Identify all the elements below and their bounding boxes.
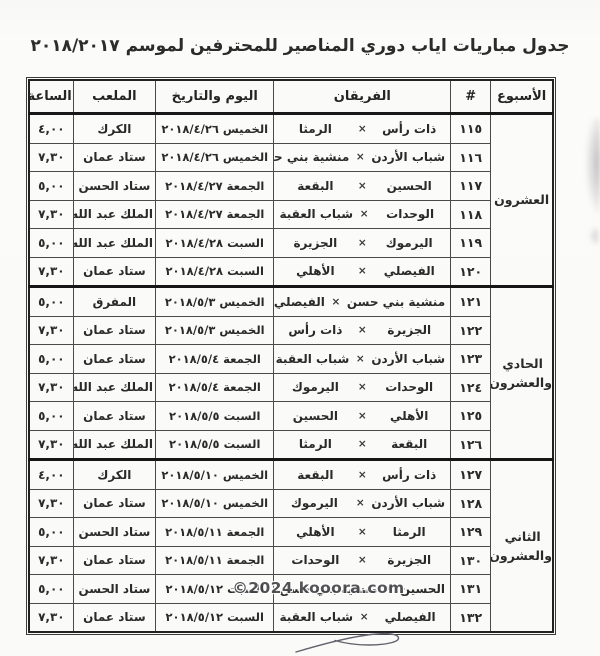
teams-cell: الحسين×البقعة <box>274 172 451 201</box>
team-first: شباب الأردن <box>371 496 445 510</box>
team-first: الوحدات <box>375 207 445 221</box>
page-title: جدول مباريات اياب دوري المناصير للمحترفي… <box>0 36 600 56</box>
match-time: ٧,٣٠ <box>29 200 73 229</box>
team-first: الفيصلي <box>375 610 445 624</box>
match-stadium: المفرق <box>73 287 155 317</box>
match-stadium: ستاد الحسن <box>73 518 155 547</box>
vs-mark: × <box>353 208 375 220</box>
team-first: الوحدات <box>373 380 445 394</box>
match-row: ١٢٤الوحدات×اليرموكالجمعة ٢٠١٨/٥/٤الملك ع… <box>29 373 553 402</box>
match-stadium: ستاد عمان <box>73 546 155 575</box>
teams-cell: الأهلي×الحسين <box>274 402 451 431</box>
team-first: الجزيرة <box>373 553 445 567</box>
match-row: الثاني والعشرون١٢٧ذات رأس×البقعةالخميس ٢… <box>29 460 553 490</box>
teams-cell: البقعة×الرمثا <box>274 430 451 460</box>
col-header-date: اليوم والتاريخ <box>156 80 274 114</box>
team-second: الحسين <box>279 409 351 423</box>
week-label: العشرون <box>491 114 553 287</box>
vs-mark: × <box>349 151 371 163</box>
vs-mark: × <box>351 554 373 566</box>
team-second: شباب العقبة <box>279 207 353 221</box>
match-stadium: ستاد عمان <box>73 345 155 374</box>
teams-layout: الحسين×البقعة <box>279 179 445 193</box>
match-row: ١٢٣شباب الأردن×شباب العقبةالجمعة ٢٠١٨/٥/… <box>29 345 553 374</box>
teams-cell: الفيصلي×الأهلي <box>274 257 451 287</box>
vs-mark: × <box>353 611 375 623</box>
match-number: ١٣٠ <box>451 546 491 575</box>
match-time: ٧,٣٠ <box>29 373 73 402</box>
match-date: الخميس ٢٠١٨/٥/١٠ <box>156 460 274 490</box>
match-number: ١١٥ <box>451 114 491 144</box>
match-row: العشرون١١٥ذات رأس×الرمثاالخميس ٢٠١٨/٤/٢٦… <box>29 114 553 144</box>
vs-mark: × <box>351 469 373 481</box>
teams-layout: الوحدات×شباب العقبة <box>279 207 445 221</box>
teams-layout: شباب الأردن×اليرموك <box>279 496 445 510</box>
match-date: السبت ٢٠١٨/٤/٢٨ <box>156 257 274 287</box>
team-second: شباب العقبة <box>279 610 353 624</box>
scan-artifact <box>588 225 598 247</box>
teams-layout: الفيصلي×شباب العقبة <box>279 610 445 624</box>
match-time: ٤,٠٠ <box>29 114 73 144</box>
match-stadium: ستاد عمان <box>73 143 155 172</box>
match-time: ٧,٣٠ <box>29 316 73 345</box>
match-date: الخميس ٢٠١٨/٤/٢٦ <box>156 114 274 144</box>
match-date: الجمعة ٢٠١٨/٤/٢٧ <box>156 200 274 229</box>
week-label: الحادي والعشرون <box>491 287 553 460</box>
match-row: ١٢٥الأهلي×الحسينالسبت ٢٠١٨/٥/٥ستاد عمان٥… <box>29 402 553 431</box>
match-row: ١١٩اليرموك×الجزيرةالسبت ٢٠١٨/٤/٢٨الملك ع… <box>29 229 553 258</box>
match-number: ١١٦ <box>451 143 491 172</box>
teams-cell: شباب الأردن×شباب العقبة <box>274 345 451 374</box>
team-first: الأهلي <box>373 409 445 423</box>
vs-mark: × <box>349 353 371 365</box>
match-stadium: ستاد عمان <box>73 402 155 431</box>
match-time: ٧,٣٠ <box>29 143 73 172</box>
team-first: الجزيرة <box>373 323 445 337</box>
match-date: الجمعة ٢٠١٨/٥/٤ <box>156 345 274 374</box>
match-number: ١٣١ <box>451 575 491 604</box>
match-date: السبت ٢٠١٨/٥/٥ <box>156 402 274 431</box>
match-stadium: الكرك <box>73 114 155 144</box>
match-row: ١١٧الحسين×البقعةالجمعة ٢٠١٨/٤/٢٧ستاد الح… <box>29 172 553 201</box>
teams-cell: الرمثا×الأهلي <box>274 518 451 547</box>
teams-cell: شباب الأردن×اليرموك <box>274 489 451 518</box>
match-stadium: الكرك <box>73 460 155 490</box>
teams-layout: ذات رأس×البقعة <box>279 468 445 482</box>
match-date: السبت ٢٠١٨/٤/٢٨ <box>156 229 274 258</box>
team-first: ذات رأس <box>373 122 445 136</box>
match-row: ١٣٠الجزيرة×الوحداتالجمعة ٢٠١٨/٥/١١ستاد ع… <box>29 546 553 575</box>
match-time: ٥,٠٠ <box>29 345 73 374</box>
team-first: شباب الأردن <box>371 352 445 366</box>
match-date: الخميس ٢٠١٨/٥/٣ <box>156 287 274 317</box>
teams-layout: الجزيرة×ذات رأس <box>279 323 445 337</box>
match-number: ١٢٦ <box>451 430 491 460</box>
teams-layout: الوحدات×اليرموك <box>279 380 445 394</box>
team-second: الجزيرة <box>279 236 351 250</box>
teams-layout: شباب الأردن×منشية بني حسن <box>279 150 445 164</box>
match-time: ٥,٠٠ <box>29 575 73 604</box>
schedule-table: الأسبوع # الفريقان اليوم والتاريخ الملعب… <box>26 77 556 635</box>
match-time: ٧,٣٠ <box>29 603 73 632</box>
match-stadium: ستاد الحسن <box>73 575 155 604</box>
match-time: ٧,٣٠ <box>29 546 73 575</box>
team-first: الحسين <box>400 582 445 596</box>
match-row: ١١٨الوحدات×شباب العقبةالجمعة ٢٠١٨/٤/٢٧ال… <box>29 200 553 229</box>
team-second: البقعة <box>279 468 351 482</box>
match-number: ١٢٣ <box>451 345 491 374</box>
match-stadium: ستاد عمان <box>73 316 155 345</box>
team-second: الأهلي <box>279 264 351 278</box>
scanned-page: جدول مباريات اياب دوري المناصير للمحترفي… <box>0 0 600 656</box>
teams-cell: اليرموك×الجزيرة <box>274 229 451 258</box>
match-time: ٥,٠٠ <box>29 402 73 431</box>
team-first: الفيصلي <box>373 264 445 278</box>
vs-mark: × <box>351 410 373 422</box>
match-number: ١٢١ <box>451 287 491 317</box>
teams-cell: الوحدات×اليرموك <box>274 373 451 402</box>
match-number: ١٢٩ <box>451 518 491 547</box>
match-time: ٥,٠٠ <box>29 172 73 201</box>
col-header-stadium: الملعب <box>73 80 155 114</box>
match-time: ٤,٠٠ <box>29 460 73 490</box>
col-header-week: الأسبوع <box>491 80 553 114</box>
teams-layout: اليرموك×الجزيرة <box>279 236 445 250</box>
match-number: ١١٨ <box>451 200 491 229</box>
teams-cell: الجزيرة×الوحدات <box>274 546 451 575</box>
teams-cell: شباب الأردن×منشية بني حسن <box>274 143 451 172</box>
vs-mark: × <box>349 497 371 509</box>
header-row: الأسبوع # الفريقان اليوم والتاريخ الملعب… <box>29 80 553 114</box>
match-number: ١٢٤ <box>451 373 491 402</box>
match-date: السبت ٢٠١٨/٥/٥ <box>156 430 274 460</box>
match-row: ١٣٢الفيصلي×شباب العقبةالسبت ٢٠١٨/٥/١٢ستا… <box>29 603 553 632</box>
team-second: الرمثا <box>279 437 351 451</box>
teams-cell: ذات رأس×البقعة <box>274 460 451 490</box>
vs-mark: × <box>351 237 373 249</box>
schedule-body: العشرون١١٥ذات رأس×الرمثاالخميس ٢٠١٨/٤/٢٦… <box>29 114 553 633</box>
watermark: ©2024 kooora.com <box>231 579 406 601</box>
vs-mark: × <box>351 438 373 450</box>
match-stadium: الملك عبد الله <box>73 229 155 258</box>
col-header-number: # <box>451 80 491 114</box>
match-row: ١٢٨شباب الأردن×اليرموكالخميس ٢٠١٨/٥/١٠ست… <box>29 489 553 518</box>
match-time: ٥,٠٠ <box>29 287 73 317</box>
team-second: الرمثا <box>279 122 351 136</box>
match-date: الخميس ٢٠١٨/٥/١٠ <box>156 489 274 518</box>
match-date: الجمعة ٢٠١٨/٥/١١ <box>156 546 274 575</box>
matches-table: الأسبوع # الفريقان اليوم والتاريخ الملعب… <box>28 79 554 633</box>
match-time: ٧,٣٠ <box>29 257 73 287</box>
match-stadium: ستاد الحسن <box>73 172 155 201</box>
team-first: الرمثا <box>373 525 445 539</box>
team-second: اليرموك <box>279 496 349 510</box>
match-row: الحادي والعشرون١٢١منشية بني حسن×الفيصليا… <box>29 287 553 317</box>
team-first: البقعة <box>373 437 445 451</box>
teams-layout: ذات رأس×الرمثا <box>279 122 445 136</box>
team-first: اليرموك <box>373 236 445 250</box>
col-header-teams: الفريقان <box>274 80 451 114</box>
match-row: ١٢٩الرمثا×الأهليالجمعة ٢٠١٨/٥/١١ستاد الح… <box>29 518 553 547</box>
team-first: شباب الأردن <box>371 150 445 164</box>
match-stadium: ستاد عمان <box>73 489 155 518</box>
match-date: الجمعة ٢٠١٨/٥/١١ <box>156 518 274 547</box>
vs-mark: × <box>351 123 373 135</box>
team-first: الحسين <box>373 179 445 193</box>
teams-cell: الوحدات×شباب العقبة <box>274 200 451 229</box>
team-second: الأهلي <box>279 525 351 539</box>
vs-mark: × <box>351 381 373 393</box>
scan-artifact <box>585 118 600 218</box>
team-second: اليرموك <box>279 380 351 394</box>
match-row: ١٢٦البقعة×الرمثاالسبت ٢٠١٨/٥/٥الملك عبد … <box>29 430 553 460</box>
match-number: ١٢٨ <box>451 489 491 518</box>
match-row: ١٢٢الجزيرة×ذات رأسالخميس ٢٠١٨/٥/٣ستاد عم… <box>29 316 553 345</box>
match-time: ٥,٠٠ <box>29 518 73 547</box>
match-time: ٧,٣٠ <box>29 489 73 518</box>
match-number: ١٣٢ <box>451 603 491 632</box>
match-number: ١٢٠ <box>451 257 491 287</box>
match-date: الخميس ٢٠١٨/٤/٢٦ <box>156 143 274 172</box>
team-second: الفيصلي <box>274 295 325 309</box>
teams-layout: شباب الأردن×شباب العقبة <box>279 352 445 366</box>
match-number: ١٢٧ <box>451 460 491 490</box>
col-header-time: الساعة <box>29 80 73 114</box>
team-second: شباب العقبة <box>276 352 350 366</box>
team-second: ذات رأس <box>279 323 351 337</box>
match-number: ١١٧ <box>451 172 491 201</box>
vs-mark: × <box>351 324 373 336</box>
match-date: الجمعة ٢٠١٨/٥/٤ <box>156 373 274 402</box>
teams-cell: ذات رأس×الرمثا <box>274 114 451 144</box>
week-label: الثاني والعشرون <box>491 460 553 633</box>
match-stadium: ستاد عمان <box>73 603 155 632</box>
match-date: الجمعة ٢٠١٨/٤/٢٧ <box>156 172 274 201</box>
teams-cell: الفيصلي×شباب العقبة <box>274 603 451 632</box>
match-number: ١٢٢ <box>451 316 491 345</box>
match-number: ١٢٥ <box>451 402 491 431</box>
team-first: ذات رأس <box>373 468 445 482</box>
signature-scribble <box>291 631 406 656</box>
team-second: منشية بني حسن <box>274 150 349 164</box>
teams-layout: الجزيرة×الوحدات <box>279 553 445 567</box>
match-number: ١١٩ <box>451 229 491 258</box>
team-second: البقعة <box>279 179 351 193</box>
vs-mark: × <box>325 296 347 308</box>
match-stadium: الملك عبد الله <box>73 200 155 229</box>
vs-mark: × <box>351 265 373 277</box>
teams-layout: الفيصلي×الأهلي <box>279 264 445 278</box>
match-date: السبت ٢٠١٨/٥/١٢ <box>156 603 274 632</box>
match-date: الخميس ٢٠١٨/٥/٣ <box>156 316 274 345</box>
match-stadium: ستاد عمان <box>73 257 155 287</box>
teams-layout: البقعة×الرمثا <box>279 437 445 451</box>
teams-cell: الجزيرة×ذات رأس <box>274 316 451 345</box>
teams-layout: الرمثا×الأهلي <box>279 525 445 539</box>
team-second: الوحدات <box>279 553 351 567</box>
match-stadium: الملك عبد الله <box>73 430 155 460</box>
match-row: ١٢٠الفيصلي×الأهليالسبت ٢٠١٨/٤/٢٨ستاد عما… <box>29 257 553 287</box>
team-first: منشية بني حسن <box>347 295 445 309</box>
match-stadium: الملك عبد الله <box>73 373 155 402</box>
teams-layout: منشية بني حسن×الفيصلي <box>279 295 445 309</box>
vs-mark: × <box>351 180 373 192</box>
vs-mark: × <box>351 526 373 538</box>
match-row: ١١٦شباب الأردن×منشية بني حسنالخميس ٢٠١٨/… <box>29 143 553 172</box>
match-time: ٧,٣٠ <box>29 430 73 460</box>
teams-layout: الأهلي×الحسين <box>279 409 445 423</box>
match-time: ٥,٠٠ <box>29 229 73 258</box>
teams-cell: منشية بني حسن×الفيصلي <box>274 287 451 317</box>
